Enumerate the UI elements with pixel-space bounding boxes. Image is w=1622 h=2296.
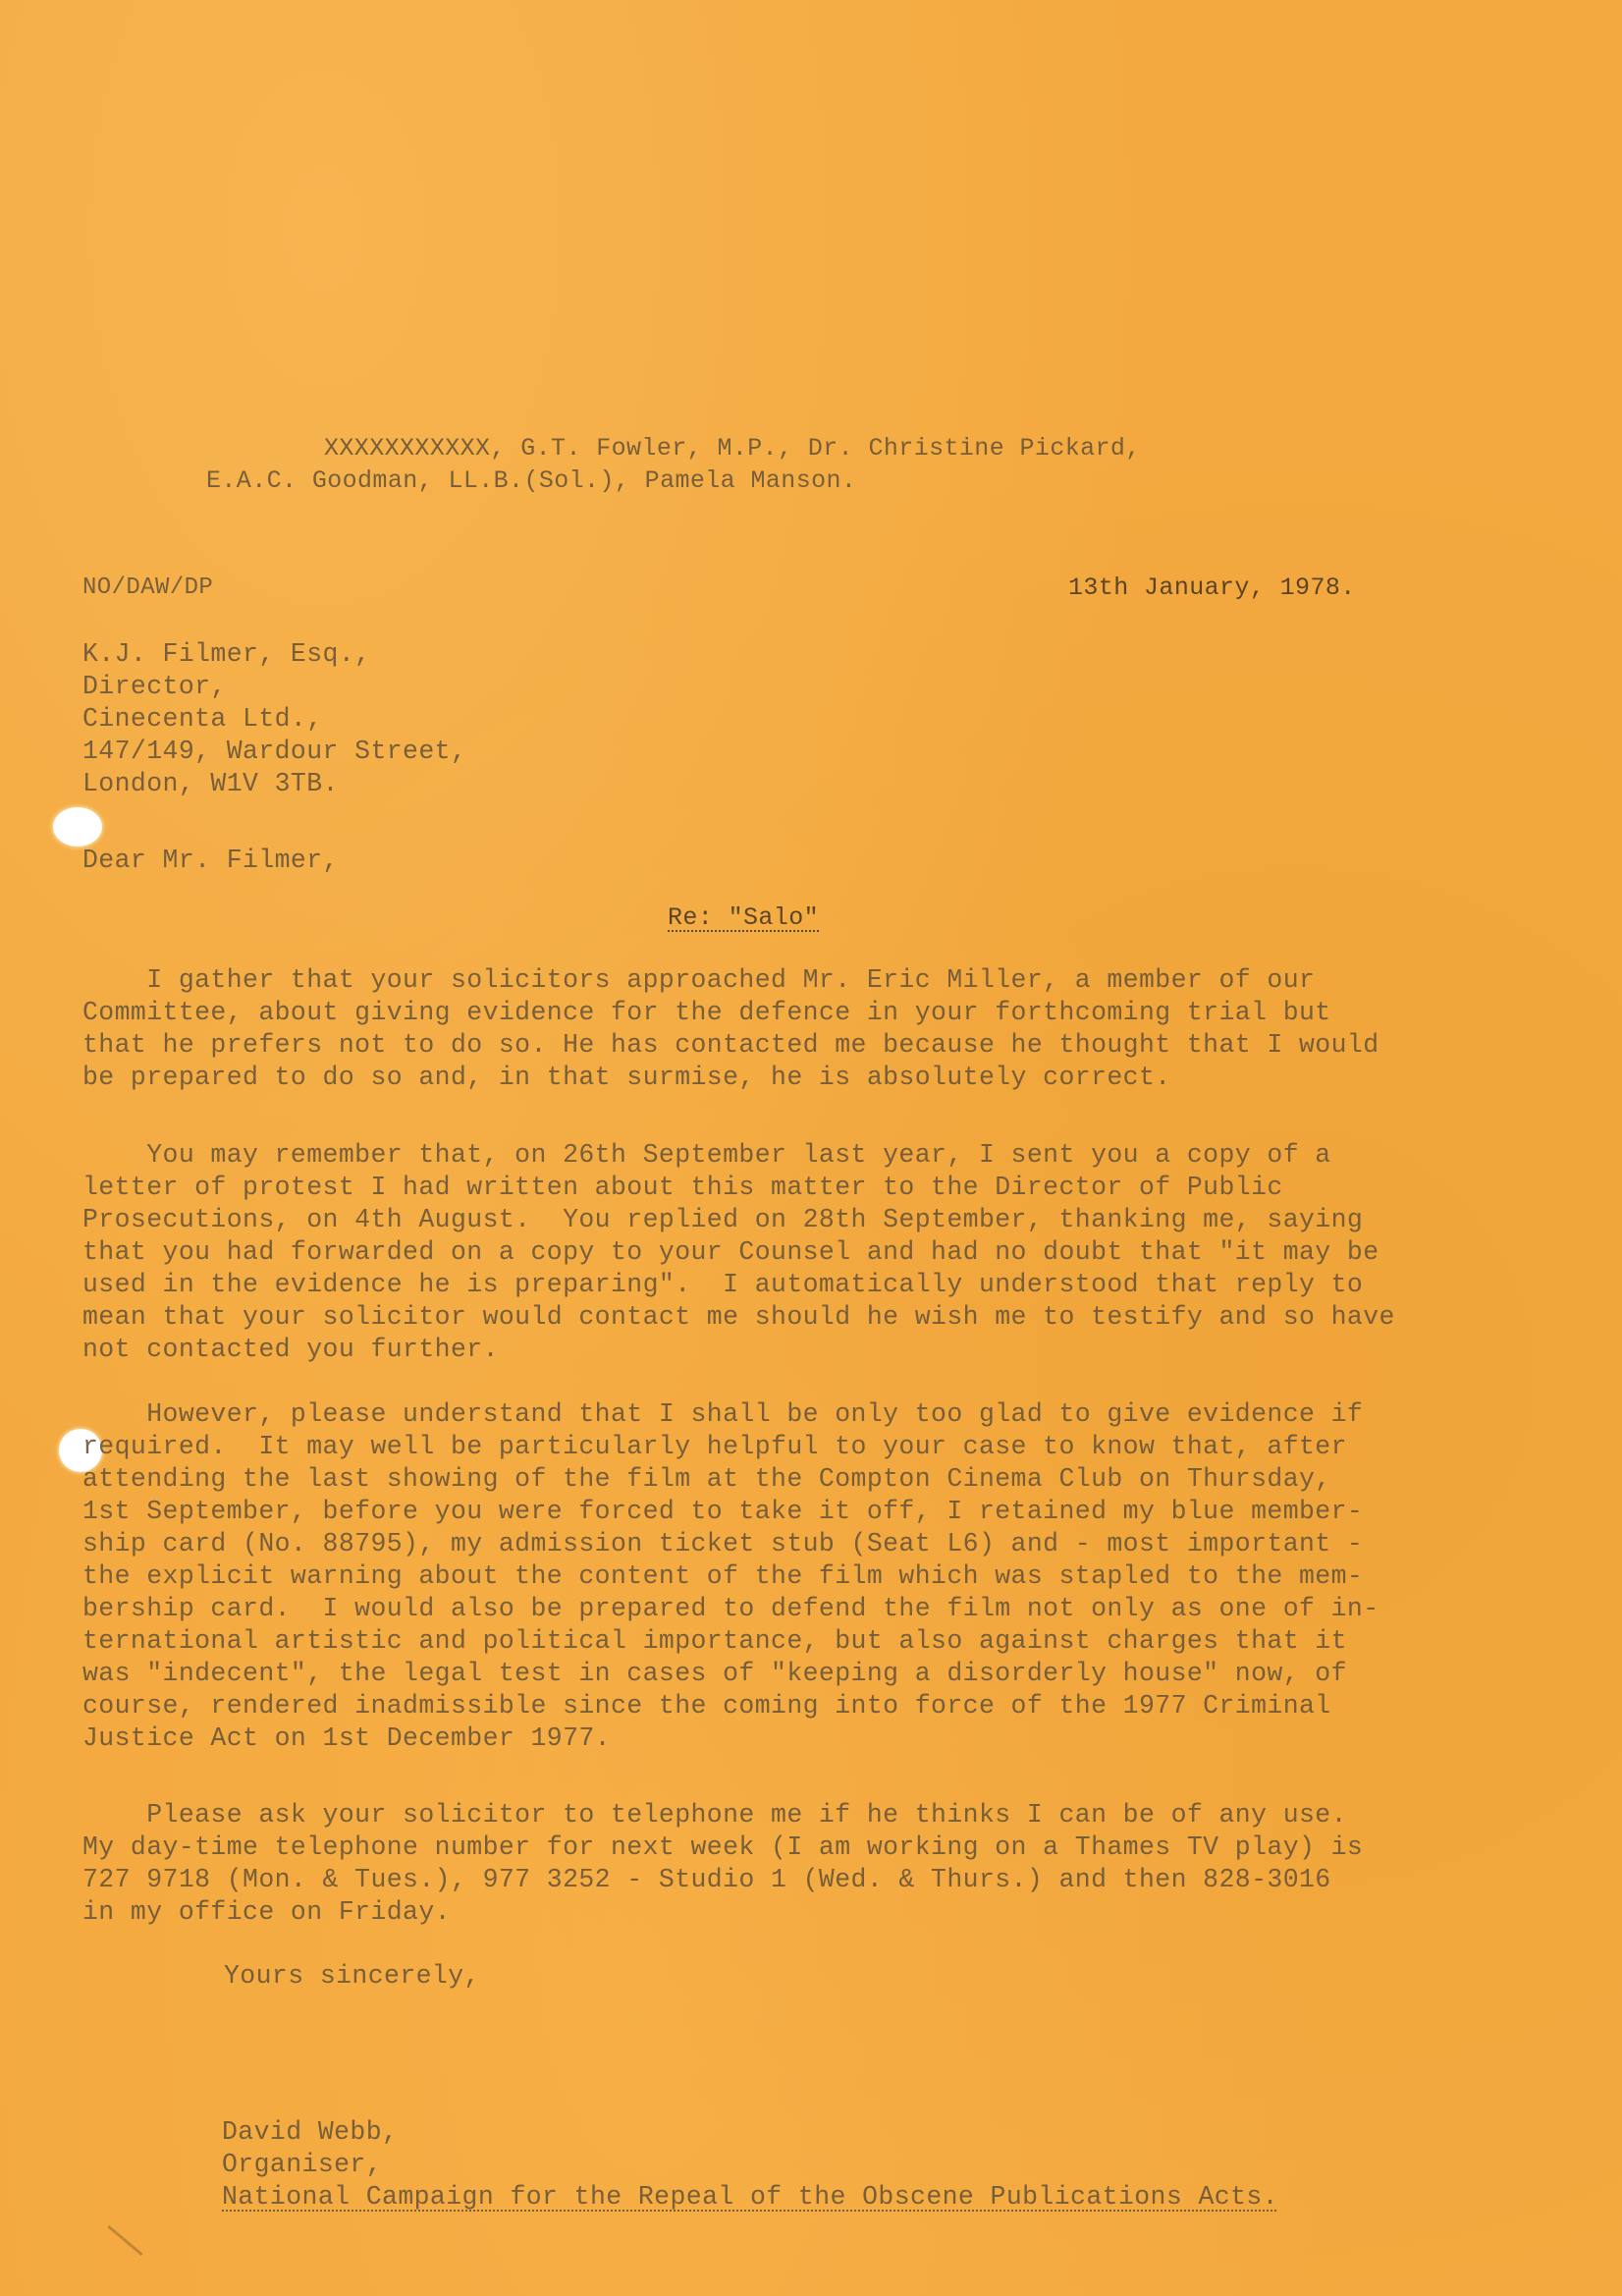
paragraph-line: My day-time telephone number for next we… [82, 1831, 1363, 1864]
paragraph-line: course, rendered inadmissible since the … [82, 1690, 1379, 1722]
paragraph-line: not contacted you further. [82, 1334, 1395, 1366]
paragraph-line: required. It may well be particularly he… [82, 1431, 1379, 1463]
closing: Yours sincerely, [224, 1960, 480, 1993]
paragraph-line: ternational artistic and political impor… [82, 1625, 1379, 1658]
committee-list: XXXXXXXXXXX, G.T. Fowler, M.P., Dr. Chri… [324, 432, 1141, 497]
letter-date: 13th January, 1978. [1068, 572, 1356, 604]
address-line: 147/149, Wardour Street, [82, 736, 466, 768]
signatory-organisation: National Campaign for the Repeal of the … [222, 2181, 1278, 2214]
paragraph-line: Prosecutions, on 4th August. You replied… [82, 1204, 1395, 1236]
recipient-address: K.J. Filmer, Esq.,Director,Cinecenta Ltd… [82, 638, 466, 800]
signatory-name: David Webb, [222, 2116, 1278, 2149]
paragraph-line: I gather that your solicitors approached… [82, 964, 1379, 997]
paragraph-2: You may remember that, on 26th September… [82, 1139, 1395, 1366]
paragraph-line: that he prefers not to do so. He has con… [82, 1029, 1379, 1062]
pencil-mark [107, 2225, 142, 2256]
committee-line-2: E.A.C. Goodman, LL.B.(Sol.), Pamela Mans… [206, 465, 1141, 497]
address-line: London, W1V 3TB. [82, 768, 466, 800]
address-line: Director, [82, 671, 466, 703]
paragraph-line: used in the evidence he is preparing". I… [82, 1269, 1395, 1301]
paragraph-line: ship card (No. 88795), my admission tick… [82, 1528, 1379, 1560]
paragraph-line: attending the last showing of the film a… [82, 1463, 1379, 1496]
paragraph-line: 727 9718 (Mon. & Tues.), 977 3252 - Stud… [82, 1864, 1363, 1896]
paragraph-line: letter of protest I had written about th… [82, 1172, 1395, 1204]
paragraph-line: in my office on Friday. [82, 1896, 1363, 1929]
paragraph-line: Justice Act on 1st December 1977. [82, 1722, 1379, 1755]
paragraph-line: the explicit warning about the content o… [82, 1560, 1379, 1593]
paragraph-line: Committee, about giving evidence for the… [82, 997, 1379, 1029]
paragraph-line: bership card. I would also be prepared t… [82, 1593, 1379, 1625]
punch-hole-icon [53, 807, 102, 847]
paragraph-line: that you had forwarded on a copy to your… [82, 1236, 1395, 1269]
reference-code: NO/DAW/DP [82, 572, 213, 604]
paragraph-1: I gather that your solicitors approached… [82, 964, 1379, 1094]
paragraph-line: You may remember that, on 26th September… [82, 1139, 1395, 1172]
paragraph-4: Please ask your solicitor to telephone m… [82, 1799, 1363, 1929]
paragraph-line: was "indecent", the legal test in cases … [82, 1658, 1379, 1690]
letter-page: XXXXXXXXXXX, G.T. Fowler, M.P., Dr. Chri… [0, 0, 1622, 2296]
committee-line-1: XXXXXXXXXXX, G.T. Fowler, M.P., Dr. Chri… [324, 434, 1141, 463]
paragraph-line: However, please understand that I shall … [82, 1398, 1379, 1431]
paragraph-line: be prepared to do so and, in that surmis… [82, 1062, 1379, 1094]
subject-line: Re: "Salo" [668, 902, 819, 934]
paragraph-line: mean that your solicitor would contact m… [82, 1301, 1395, 1334]
paragraph-line: Please ask your solicitor to telephone m… [82, 1799, 1363, 1831]
paragraph-3: However, please understand that I shall … [82, 1398, 1379, 1755]
paragraph-line: 1st September, before you were forced to… [82, 1496, 1379, 1528]
address-line: Cinecenta Ltd., [82, 703, 466, 736]
salutation: Dear Mr. Filmer, [82, 845, 339, 877]
signature-block: David Webb,Organiser,National Campaign f… [222, 2116, 1278, 2214]
signatory-title: Organiser, [222, 2149, 1278, 2181]
address-line: K.J. Filmer, Esq., [82, 638, 466, 671]
